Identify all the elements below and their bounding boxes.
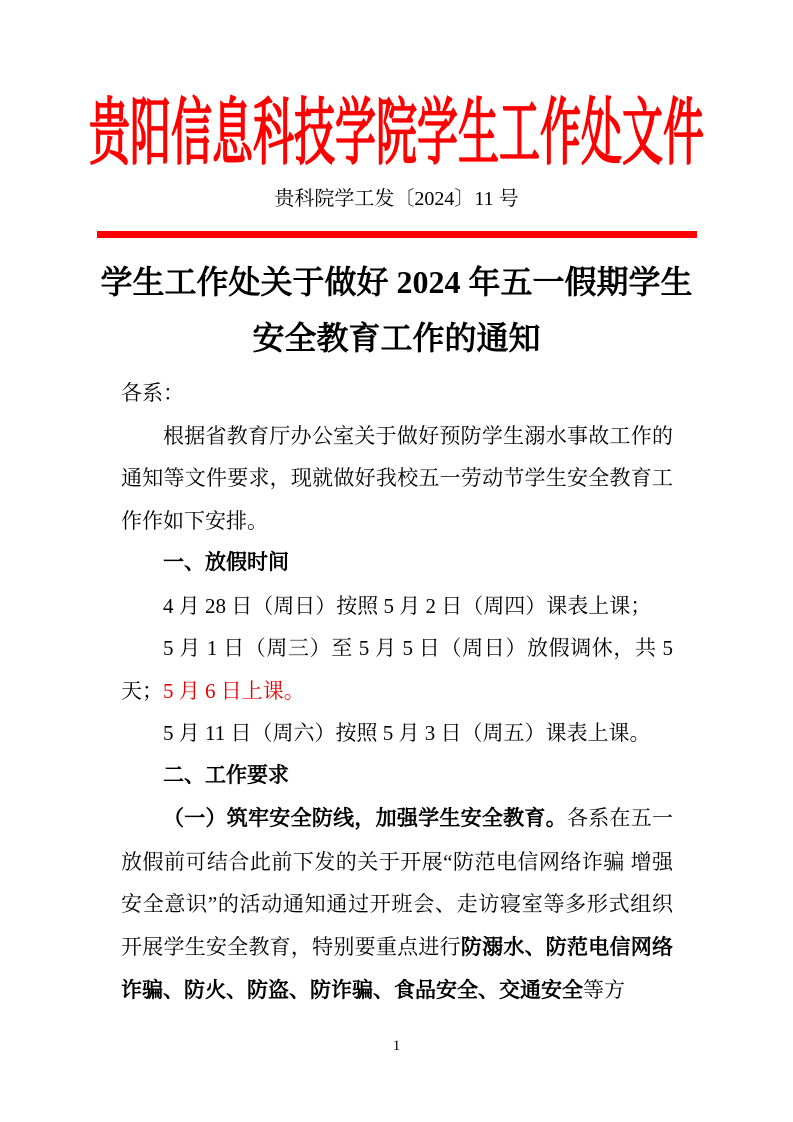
document-page: 贵阳信息科技学院学生工作处文件 贵科院学工发〔2024〕11 号 学生工作处关于…: [0, 0, 793, 1122]
section1-heading: 一、放假时间: [121, 542, 673, 585]
requirement-lead-bold: （一）筑牢安全防线，加强学生安全教育。: [163, 807, 567, 830]
document-title-line1: 学生工作处关于做好 2024 年五一假期学生: [0, 254, 793, 310]
intro-paragraph: 根据省教育厅办公室关于做好预防学生溺水事故工作的通知等文件要求，现就做好我校五一…: [121, 415, 673, 543]
requirement-paragraph: （一）筑牢安全防线，加强学生安全教育。各系在五一放假前可结合此前下发的关于开展“…: [121, 797, 673, 1013]
requirement-text-2: 等方: [583, 978, 625, 1002]
red-document-header: 贵阳信息科技学院学生工作处文件: [0, 0, 793, 175]
holiday-item-3: 5 月 11 日（周六）按照 5 月 3 日（周五）课表上课。: [121, 712, 673, 755]
holiday-item-2: 5 月 1 日（周三）至 5 月 5 日（周日）放假调休，共 5 天；5 月 6…: [121, 627, 673, 712]
org-title: 贵阳信息科技学院学生工作处文件: [89, 97, 704, 170]
red-divider-line: [97, 231, 697, 238]
document-title: 学生工作处关于做好 2024 年五一假期学生 安全教育工作的通知: [0, 254, 793, 366]
section2-heading: 二、工作要求: [121, 755, 673, 798]
salutation: 各系：: [121, 372, 673, 415]
holiday-item-2-red-text: 5 月 6 日上课。: [163, 679, 305, 703]
holiday-item-1: 4 月 28 日（周日）按照 5 月 2 日（周四）课表上课；: [121, 585, 673, 628]
doc-number: 贵科院学工发〔2024〕11 号: [0, 185, 793, 213]
page-number: 1: [0, 1036, 793, 1056]
document-body: 各系： 根据省教育厅办公室关于做好预防学生溺水事故工作的通知等文件要求，现就做好…: [121, 372, 673, 1013]
document-title-line2: 安全教育工作的通知: [0, 310, 793, 366]
